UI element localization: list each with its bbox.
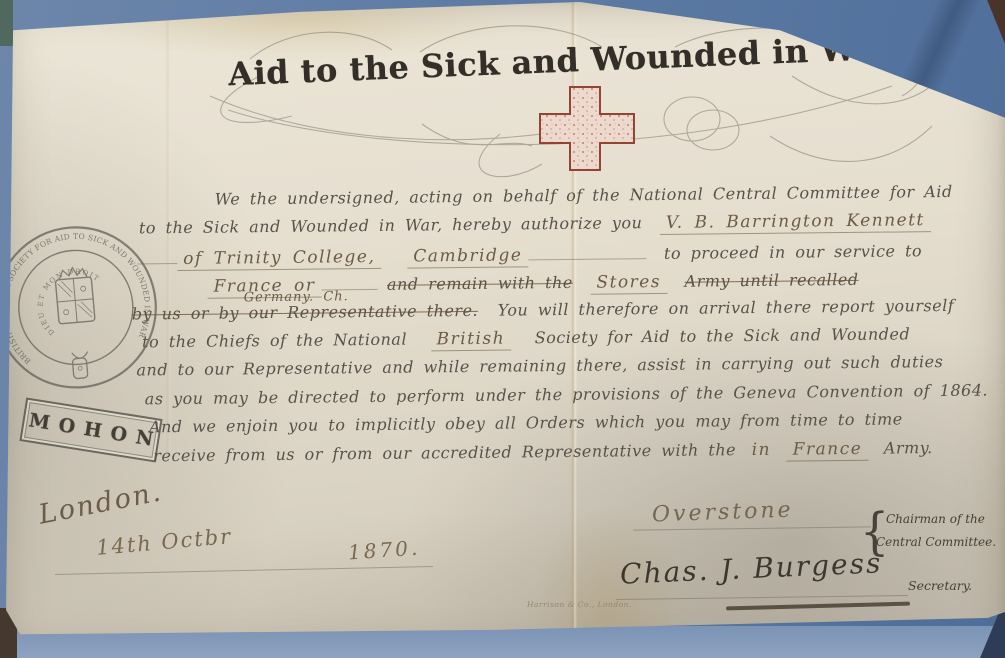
ruled-blank (321, 273, 377, 291)
chairman-signature: Overstone (652, 498, 794, 528)
chairman-title-line2: Central Committee. (876, 535, 996, 549)
svg-text:DIEU ET MON DROIT: DIEU ET MON DROIT (33, 265, 106, 337)
printed-text: Army. (884, 438, 933, 458)
printed-text: to proceed in our service to (664, 241, 922, 263)
printed-text: You will therefore on arrival there repo… (498, 295, 955, 319)
photograph-of-certificate: Aid to the Sick and Wounded in War. (0, 0, 1005, 658)
handwritten-army: France (787, 438, 869, 461)
handwritten-date-year: 1870. (347, 536, 421, 565)
photo-corner-artifact (0, 0, 13, 46)
ruled-line (633, 526, 871, 530)
ruled-line (55, 566, 433, 575)
printed-text: to the Sick and Wounded in War, hereby a… (139, 214, 643, 238)
printed-text: Society for Aid to the Sick and Wounded (535, 324, 911, 347)
printer-imprint: Harrison & Co., London. (527, 600, 632, 609)
printed-text-struck: by us or by our Representative there. (132, 300, 478, 323)
handwritten-society: British (431, 328, 512, 351)
secretary-title: Secretary. (908, 578, 972, 593)
handwritten-name: V. B. Barrington Kennett (660, 211, 931, 236)
seal-motto-text: DIEU ET MON DROIT (33, 265, 106, 337)
signature-flourish (726, 602, 910, 611)
handwritten-place: London. (36, 476, 165, 530)
certificate-body: We the undersigned, acting on behalf of … (131, 182, 994, 475)
certificate-document: Aid to the Sick and Wounded in War. (0, 0, 1005, 658)
handwritten-insertion: Stores (590, 272, 667, 295)
handwritten-town: Cambridge (407, 245, 528, 268)
handwritten-insertion: in (752, 439, 772, 459)
chairman-title-line1: Chairman of the (886, 512, 985, 526)
handwritten-date-day: 14th Octbr (95, 524, 233, 560)
printed-text-struck: Army until recalled (685, 270, 859, 291)
ruled-blank (528, 242, 646, 260)
ruled-line (616, 595, 908, 600)
ruled-blank (137, 247, 177, 264)
red-cross-icon (536, 86, 641, 176)
handwritten-college: of Trinity College, (177, 247, 381, 271)
printed-text-struck: and remain with the (387, 273, 573, 294)
secretary-signature: Chas. J. Burgess (619, 546, 883, 590)
printed-text: to the Chiefs of the National (142, 330, 407, 352)
